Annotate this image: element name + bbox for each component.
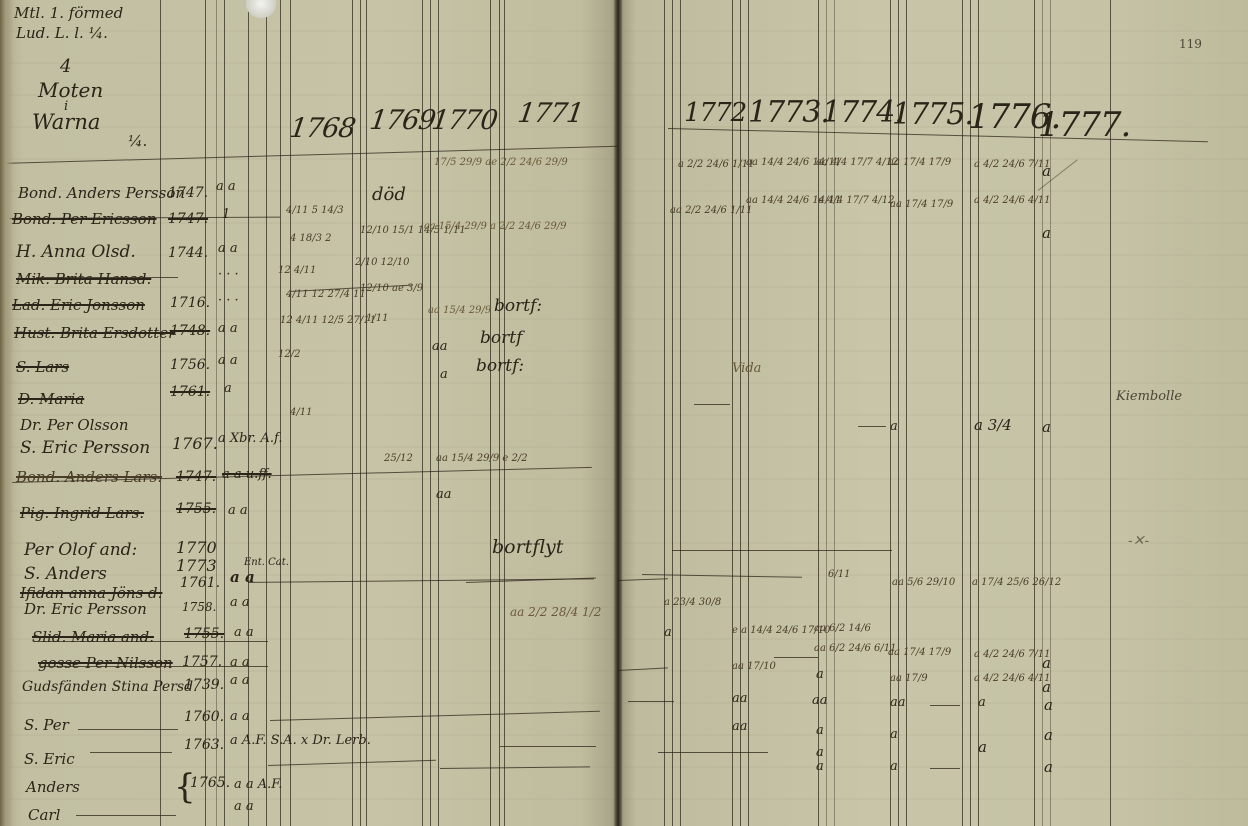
exam-entry: aa 17/9 [890,674,928,684]
exam-entry: a [816,746,824,759]
exam-marks: a Xbr. A.f. [218,432,283,445]
person-name: Pig. Ingrid Lars. [20,506,144,521]
birth-year: 1744. [168,246,208,260]
exam-entry: a [1042,420,1051,435]
exam-marks: a a A.F. [234,778,282,791]
dash-line [90,752,172,753]
fraction-note: ca 15/4 29/9 a 2/2 24/6 29/9 [424,222,567,232]
column-rule [216,0,217,826]
year-heading-1771: 1771 [516,100,585,127]
exam-entry: a 4/2 24/6 7/11 [974,160,1051,170]
person-name: S. Lars [16,360,69,375]
exam-entry: a [890,420,898,433]
column-rule [366,0,367,826]
birth-year: 1739. [184,678,224,692]
death-note: död [372,186,406,204]
person-name: S. Per [24,718,69,733]
exam-marks: a a [234,626,254,639]
fraction-note: 4/11 5 14/3 [286,206,344,216]
dash-line [930,705,960,706]
fraction-note: 2/10 12/10 [355,258,409,268]
person-name: Anders [26,780,80,795]
birth-year: 1747. [168,186,208,200]
exam-marks: a a [216,180,236,193]
year-heading-1770: 1770 [430,107,499,134]
fraction-note: 12/10 ae 3/9 [360,284,423,294]
fraction-note: 17/5 29/9 ae 2/2 24/6 29/9 [434,158,568,168]
exam-entry: a [1044,698,1053,713]
moved-out-note: bortf: [494,298,542,315]
year-heading-1774: 1774. [822,98,903,128]
exam-marks: a a [218,322,238,335]
person-name: S. Anders [24,566,107,583]
exam-entry: aa [732,720,748,733]
fraction-note: 4/11 [290,408,312,418]
exam-marks: a a [234,800,254,813]
left-page: Mtl. 1. förmed Lud. L. l. ¼. 4 Moten i W… [0,0,618,826]
strike-line [500,746,596,747]
person-name: Dr. Per Olsson [20,418,129,433]
exam-entry: a [890,760,898,773]
exam-entry: a 4/2 24/6 4/11 [974,196,1051,206]
farm-parish: Warna [32,112,100,133]
exam-entry: aa 5/6 29/10 [892,578,955,588]
exam-entry: 6/11 [828,570,850,580]
fraction-note: 12/2 [278,350,300,360]
column-rule [280,0,281,826]
exam-entry: a [1042,680,1051,695]
person-name: S. Eric [24,752,75,767]
person-name: Bond. Per Ericsson [12,212,157,227]
fraction-note: 1/11 [366,314,388,324]
exam-marks: a a [218,354,238,367]
dash-line [774,657,818,658]
exam-entry: aa 4/4 17/7 4/12 [816,158,898,168]
exam-entry: a [816,724,824,737]
register-spread: Mtl. 1. förmed Lud. L. l. ¼. 4 Moten i W… [0,0,1248,826]
exam-marks: · · · [218,268,239,281]
birth-year: 1761. [170,385,210,399]
farm-name: Moten [38,80,103,100]
book-gutter [614,0,622,826]
exam-marks: Ent. Cat. [244,558,289,568]
person-name: gosse Per Nilsson [38,656,173,671]
column-rule [504,0,505,826]
exam-entry: a [890,728,898,741]
exam-entry: a [1042,164,1051,179]
stray-note: Vida [732,362,761,375]
column-rule [360,0,361,826]
margin-note: Kiembolle [1116,390,1182,403]
exam-entry: aa [732,692,748,705]
person-name: Dr. Eric Persson [24,602,147,617]
birth-year: 1760. [184,710,224,724]
exam-marks: 1 [222,208,230,221]
exam-marks: a a [228,504,248,517]
column-rule [672,0,673,826]
person-name: S. Eric Persson [20,440,150,457]
birth-year: 1765. [190,776,230,790]
column-rule-birth [205,0,206,826]
exam-entry: aa 6/2 14/6 [814,624,871,634]
row-rule [628,701,674,702]
birth-year: 1748. [170,324,210,338]
column-rule [266,0,267,826]
exam-marks: a a [218,242,238,255]
exam-entry: a [664,626,672,639]
fraction-note: aa 2/2 28/4 1/2 [510,606,601,618]
dash-line [78,729,178,730]
fraction-note: 4 18/3 2 [290,234,332,244]
fraction-note: 25/12 [384,454,413,464]
farm-number: 4 [60,58,71,76]
exam-marks: a a [230,656,250,669]
birth-year: 1755. [184,627,224,641]
fraction-note: 12 4/11 12/5 27/11 [280,316,376,326]
birth-year: 1716. [170,296,210,310]
moved-out-note: bortflyt [492,538,563,557]
right-page: 1772 1773. 1774. 1775. 1776. 1777. 119 a… [618,0,1248,826]
fraction-note: 4/11 12 27/4 11 [286,290,366,300]
birth-year: 1756. [170,358,210,372]
row-rule [658,752,768,753]
column-rule [248,0,249,826]
exam-marks: a a [230,674,250,687]
dash-line [694,404,730,405]
exam-entry: a 23/4 30/8 [664,598,721,608]
column-rule-name [160,0,161,826]
birth-year: 1758. [182,601,216,613]
strike-line [40,666,268,667]
moved-out-note: bortf [480,330,522,347]
farm-share: ¼. [128,134,147,149]
exam-entry: a 4/2 24/6 7/11 [974,650,1051,660]
exam-entry: a [816,668,824,681]
row-rule [672,550,892,551]
year-heading-1768: 1768 [288,115,357,142]
strike-line [36,277,178,278]
strike-line [38,641,268,642]
exam-entry: a 17/4 25/6 26/12 [972,578,1061,588]
exam-entry: a 3/4 [974,418,1012,433]
exam-entry: a 2/2 24/6 1/11 [678,160,755,170]
birth-year: 1773 [176,558,217,574]
exam-marks: a a [230,710,250,723]
year-heading-1775: 1775. [892,100,973,130]
birth-year: 1763. [184,738,224,752]
header-note-line2: Lud. L. l. ¼. [16,26,108,41]
person-name: Bond. Anders Lars. [16,470,162,485]
year-heading-1777: 1777. [1038,108,1130,142]
person-name: Lad. Eric Jonsson [12,298,145,313]
birth-year: 1747. [168,212,208,226]
exam-marks: aa [432,340,448,353]
exam-entry: a [1044,760,1053,775]
person-name: Per Olof and: [24,542,137,559]
exam-entry: aa 17/4 17/9 [888,648,951,658]
fraction-note: aa 15/4 29/9 e 2/2 [436,454,528,464]
year-heading-1772: 1772 [684,100,746,126]
birth-year: 1767. [172,436,218,452]
dash-line [858,426,886,427]
birth-year: 1761. [180,576,220,590]
column-rule [499,0,500,826]
year-heading-1773: 1773. [748,98,829,128]
dash-line [930,768,960,769]
dash-line [76,815,176,816]
exam-entry: a [1042,226,1051,241]
exam-entry: aa [890,696,906,709]
exam-marks: · · · [218,294,239,307]
person-name: Mik. Brita Hansd. [16,272,151,287]
person-name: Hust. Brita Ersdotter [14,326,175,341]
exam-marks: a a [230,596,250,609]
column-rule [224,0,225,826]
birth-year: 1770 [176,540,217,556]
exam-entry: aa [812,694,828,707]
exam-entry: a [978,740,987,755]
column-rule-1772 [680,0,681,826]
exam-entry: e 4/4 17/7 4/12 [818,196,894,206]
exam-entry: aa 17/4 17/9 [890,200,953,210]
margin-mark: -✕- [1128,534,1149,548]
exam-entry: aa 17/4 17/9 [888,158,951,168]
person-name: Carl [28,808,60,823]
column-rule [664,0,665,826]
person-name: H. Anna Olsd. [16,244,136,261]
exam-entry: aa 6/2 24/6 6/11 [814,644,896,654]
exam-entry: a [1044,728,1053,743]
exam-entry: aa 17/10 [732,662,776,672]
exam-entry: a [978,696,986,709]
page-number: 119 [1179,37,1202,51]
year-heading-1769: 1769 [368,107,437,134]
person-name: Bond. Anders Persson [18,186,185,201]
header-note-line1: Mtl. 1. förmed [14,6,123,21]
exam-marks: a A.F. S.A. x Dr. Lerb. [230,734,371,747]
exam-entry: a [1042,656,1051,671]
fraction-note: aa 15/4 29/9 [428,306,491,316]
birth-year: 1755. [176,502,216,516]
exam-entry: a [816,760,824,773]
exam-marks: aa [436,488,452,501]
exam-marks: a [224,382,232,395]
fraction-note: 12 4/11 [278,266,316,276]
exam-entry: a 4/2 24/6 4/11 [974,674,1051,684]
moved-out-note: bortf: [476,358,524,375]
person-name: Ifidan anna Jöns d. [20,586,162,601]
book-edge [0,0,14,826]
person-name: Gudsfänden Stina Persd. [22,680,197,694]
exam-marks: a [440,368,448,381]
person-name: Slid. Maria and. [32,630,154,645]
exam-entry: aa 2/2 24/6 1/11 [670,206,752,216]
person-name: D. Maria [18,392,84,407]
